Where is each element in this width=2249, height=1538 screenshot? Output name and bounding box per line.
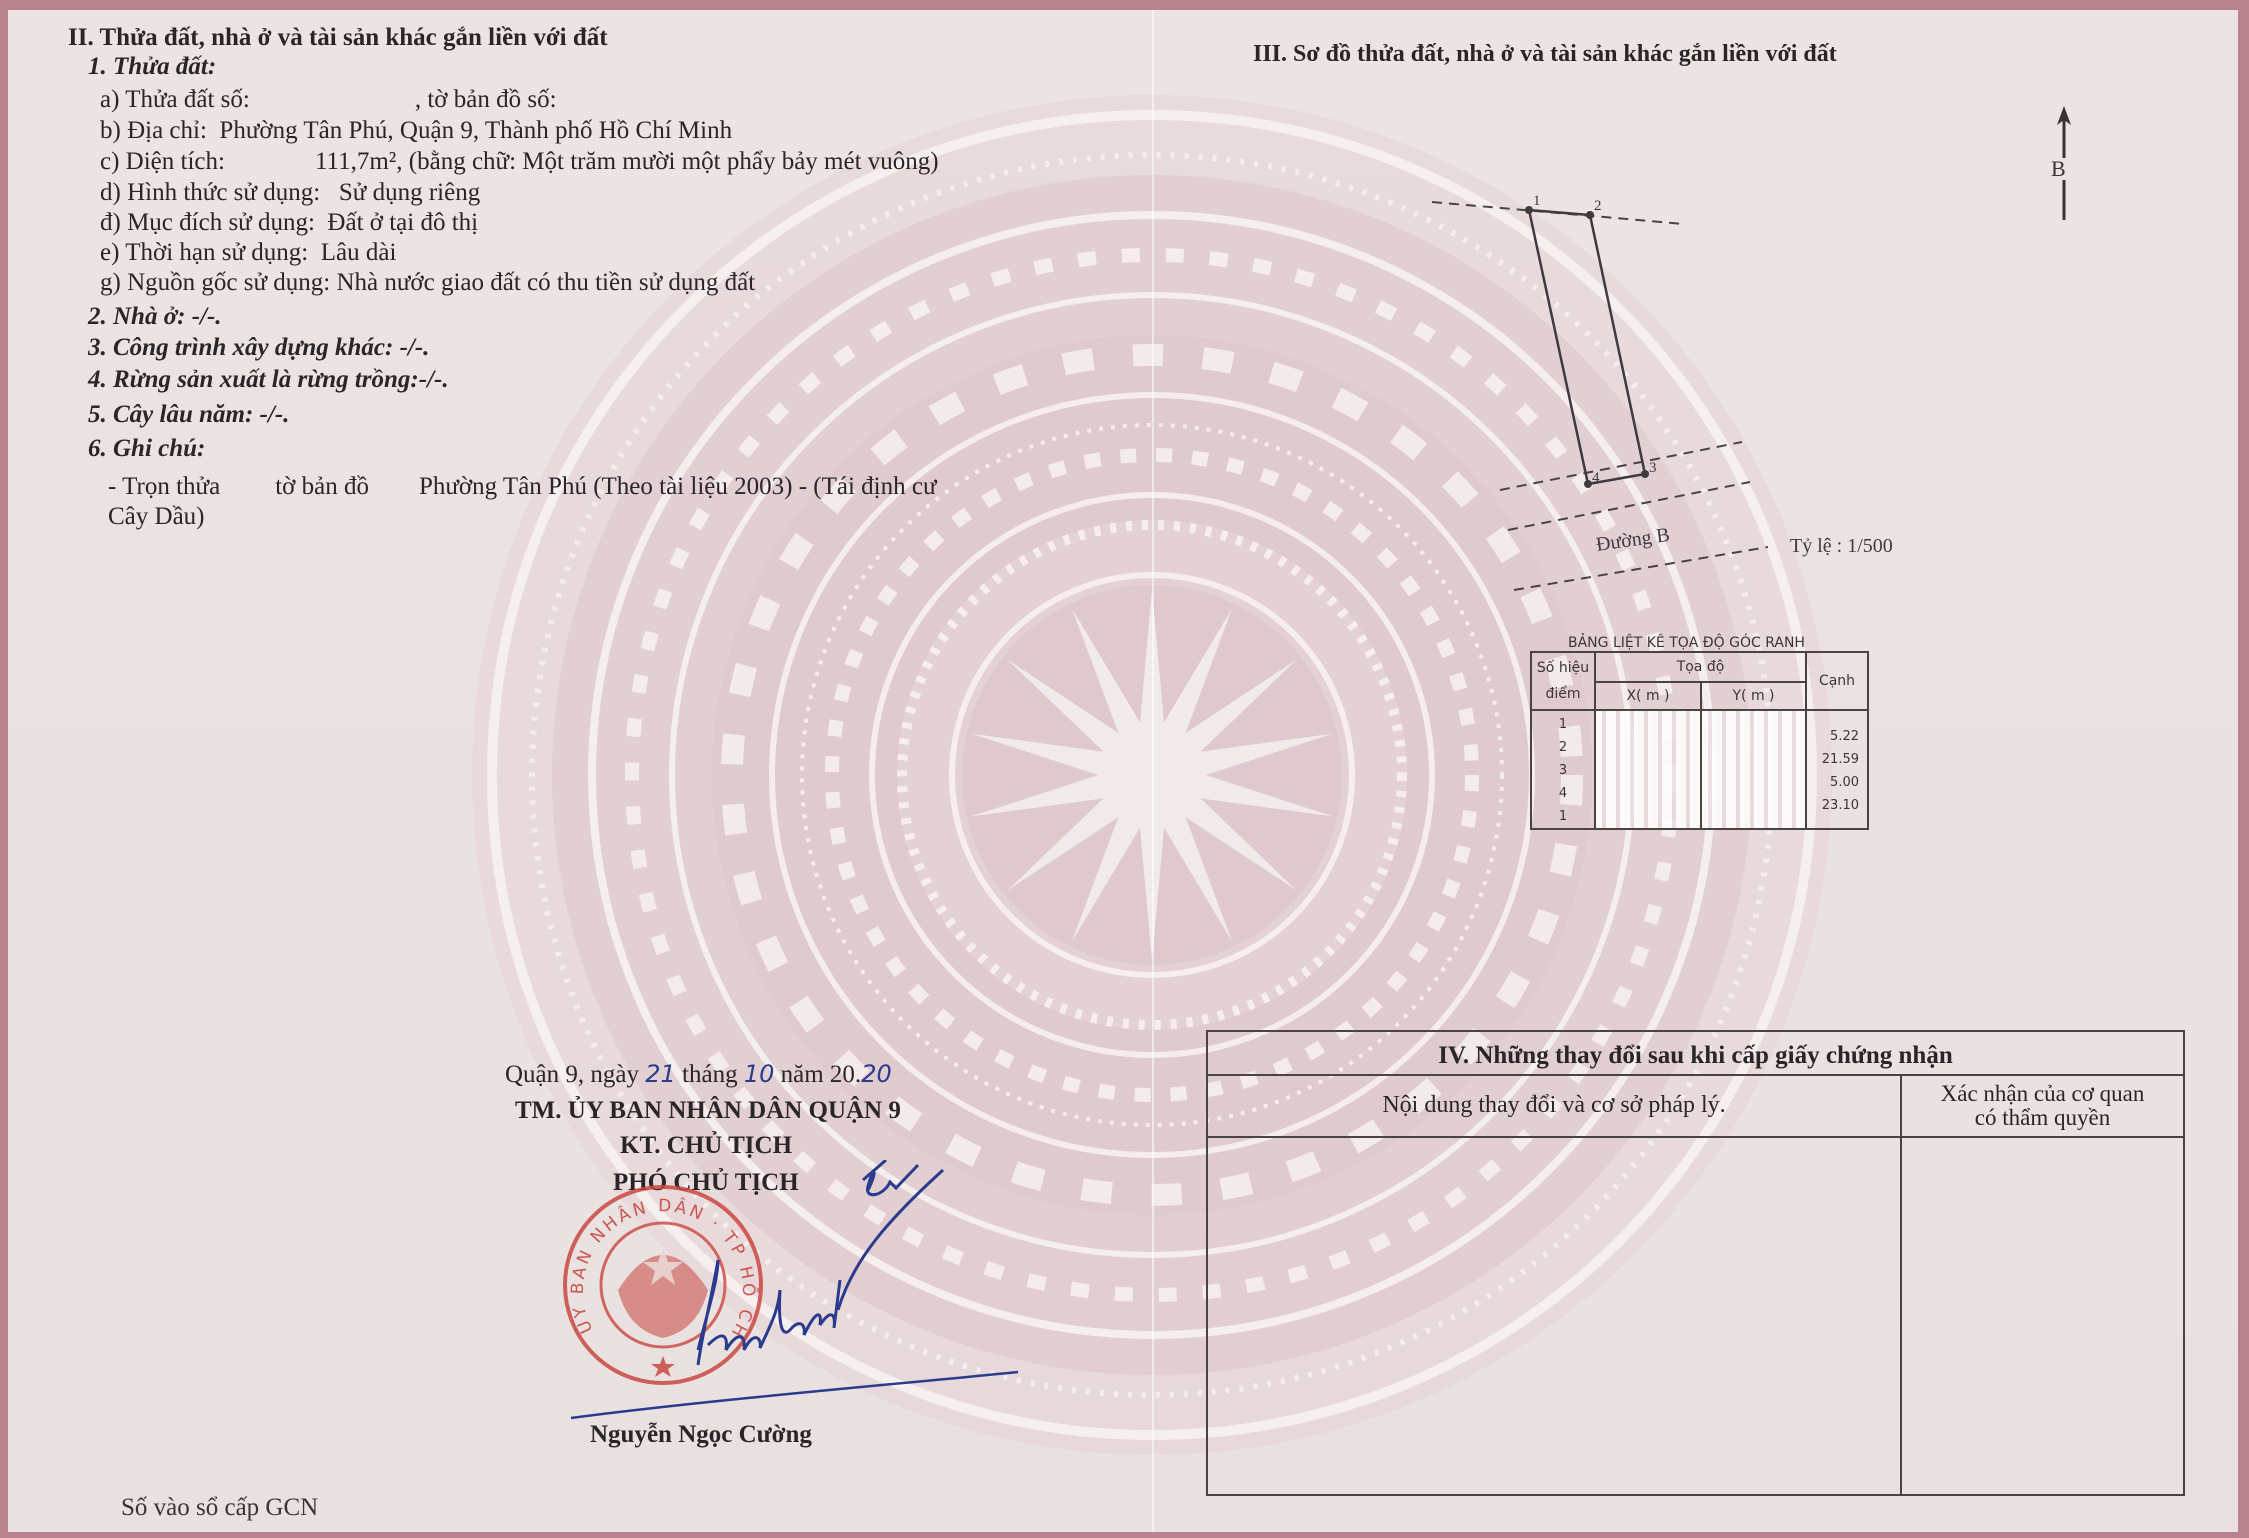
- note-part2: tờ bản đồ: [275, 473, 369, 500]
- svg-text:3: 3: [1649, 460, 1657, 476]
- year-label: năm 20.: [781, 1061, 862, 1088]
- edge-length: 5.00: [1807, 771, 1859, 794]
- registry-number-label: Số vào sổ cấp GCN: [121, 1495, 318, 1520]
- item-value: Lâu dài: [321, 239, 397, 266]
- item-value: Sử dụng riêng: [339, 179, 480, 206]
- edge-length: 5.22: [1807, 725, 1859, 748]
- date-prefix: Quận 9, ngày: [505, 1061, 639, 1088]
- item-value: 111,7m², (bằng chữ: Một trăm mười một ph…: [315, 148, 939, 175]
- item-suffix: , tờ bản đồ số:: [415, 86, 557, 113]
- issuing-org: TM. ỦY BAN NHÂN DÂN QUẬN 9: [515, 1098, 901, 1123]
- date-day: 21: [645, 1060, 676, 1088]
- date-year: 20: [861, 1060, 892, 1088]
- item-label: e) Thời hạn sử dụng:: [100, 239, 308, 266]
- perennial-line: 5. Cây lâu năm: -/-.: [88, 402, 289, 427]
- item-value: Đất ở tại đô thị: [327, 209, 478, 236]
- svg-text:2: 2: [1594, 198, 1602, 214]
- point-id-column: 1 2 3 4 1: [1531, 710, 1595, 829]
- section-2-heading: II. Thửa đất, nhà ở và tài sản khác gắn …: [68, 25, 608, 50]
- land-item-a: a) Thửa đất số:, tờ bản đồ số:: [100, 87, 557, 112]
- issue-date: Quận 9, ngày 21 tháng 10 năm 20.20: [505, 1062, 892, 1087]
- month-label: tháng: [682, 1061, 738, 1088]
- changes-table: IV. Những thay đổi sau khi cấp giấy chứn…: [1206, 1030, 2185, 1496]
- other-label: 3. Công trình xây dựng khác:: [88, 334, 393, 361]
- land-item-c: c) Diện tích:111,7m², (bằng chữ: Một tră…: [100, 149, 939, 174]
- col-y-header: Y( m ): [1701, 682, 1806, 710]
- svg-text:4: 4: [1592, 470, 1600, 486]
- notes-heading: 6. Ghi chú:: [88, 436, 205, 461]
- note-line-2: Cây Dầu): [108, 504, 205, 529]
- land-item-b: b) Địa chỉ: Phường Tân Phú, Quận 9, Thàn…: [100, 118, 732, 143]
- signer-name: Nguyễn Ngọc Cường: [590, 1422, 812, 1447]
- point-id: 1: [1532, 713, 1594, 736]
- signer-title-1: KT. CHỦ TỊCH: [620, 1133, 792, 1158]
- x-values-redacted: [1595, 710, 1701, 829]
- land-item-d: d) Hình thức sử dụng: Sử dụng riêng: [100, 180, 480, 205]
- col-change-content: Nội dung thay đổi và cơ sở pháp lý.: [1208, 1092, 1900, 1119]
- item-value: Phường Tân Phú, Quận 9, Thành phố Hồ Chí…: [219, 117, 732, 144]
- north-label: B: [2050, 158, 2067, 180]
- item-label: đ) Mục đích sử dụng:: [100, 209, 315, 236]
- item-label: g) Nguồn gốc sử dụng:: [100, 269, 330, 296]
- col-edge-header: Cạnh: [1806, 652, 1868, 710]
- other-label: 2. Nhà ở:: [88, 303, 185, 330]
- center-fold: [1152, 10, 1154, 1532]
- col-confirm-line-2: có thẩm quyền: [1902, 1106, 2183, 1130]
- item-label: d) Hình thức sử dụng:: [100, 179, 320, 206]
- coordinate-table: Số hiệu điểm Tọa độ Cạnh X( m ) Y( m ) 1…: [1530, 651, 1869, 830]
- scale-label: Tỷ lệ : 1/500: [1790, 536, 1893, 556]
- col-confirm-line-1: Xác nhận của cơ quan: [1902, 1082, 2183, 1106]
- item-label: b) Địa chỉ:: [100, 117, 207, 144]
- note-line-1: - Trọn thửatờ bản đồPhường Tân Phú (Theo…: [108, 474, 937, 499]
- other-construction-line: 3. Công trình xây dựng khác: -/-.: [88, 335, 429, 360]
- y-values-redacted: [1701, 710, 1806, 829]
- land-heading: 1. Thửa đất:: [88, 54, 216, 79]
- item-value: Nhà nước giao đất có thu tiền sử dụng đấ…: [336, 269, 755, 296]
- land-item-g: g) Nguồn gốc sử dụng: Nhà nước giao đất …: [100, 270, 755, 295]
- item-label: a) Thửa đất số:: [100, 86, 250, 113]
- col-point-line-1: Số hiệu: [1532, 655, 1594, 681]
- col-point-header: Số hiệu điểm: [1531, 652, 1595, 710]
- svg-text:1: 1: [1533, 193, 1541, 209]
- col-coord-header: Tọa độ: [1595, 652, 1806, 682]
- svg-text:Đường B: Đường B: [1595, 524, 1672, 556]
- col-x-header: X( m ): [1595, 682, 1701, 710]
- certificate-page: II. Thửa đất, nhà ở và tài sản khác gắn …: [8, 10, 2238, 1532]
- other-label: 4. Rừng sản xuất là rừng trồng:: [88, 366, 419, 393]
- other-value: -/-.: [419, 366, 449, 393]
- column-divider: [1900, 1076, 1902, 1494]
- house-line: 2. Nhà ở: -/-.: [88, 304, 222, 329]
- land-item-e: e) Thời hạn sử dụng: Lâu dài: [100, 240, 396, 265]
- item-label: c) Diện tích:: [100, 148, 225, 175]
- point-id: 1: [1532, 805, 1594, 828]
- edge-length-column: 5.22 21.59 5.00 23.10: [1806, 710, 1868, 829]
- section-3-heading: III. Sơ đồ thửa đất, nhà ở và tài sản kh…: [1253, 42, 1837, 66]
- point-id: 4: [1532, 782, 1594, 805]
- other-value: -/-.: [260, 401, 290, 428]
- other-value: -/-.: [192, 303, 222, 330]
- handwritten-signature: [568, 1160, 1048, 1420]
- point-id: 3: [1532, 759, 1594, 782]
- section-4-heading: IV. Những thay đổi sau khi cấp giấy chứn…: [1208, 1042, 2183, 1070]
- note-part1: - Trọn thửa: [108, 473, 220, 500]
- date-month: 10: [744, 1060, 775, 1088]
- edge-length: 23.10: [1807, 794, 1859, 817]
- col-point-line-2: điểm: [1532, 681, 1594, 707]
- point-id: 2: [1532, 736, 1594, 759]
- other-value: -/-.: [400, 334, 430, 361]
- coord-table-title: BẢNG LIỆT KÊ TỌA ĐỘ GÓC RANH: [1568, 635, 1805, 651]
- note-part3: Phường Tân Phú (Theo tài liệu 2003) - (T…: [419, 473, 937, 500]
- col-authority-confirmation: Xác nhận của cơ quan có thẩm quyền: [1902, 1082, 2183, 1130]
- land-item-dd: đ) Mục đích sử dụng: Đất ở tại đô thị: [100, 210, 478, 235]
- edge-length: 21.59: [1807, 748, 1859, 771]
- other-label: 5. Cây lâu năm:: [88, 401, 253, 428]
- forest-line: 4. Rừng sản xuất là rừng trồng:-/-.: [88, 367, 449, 392]
